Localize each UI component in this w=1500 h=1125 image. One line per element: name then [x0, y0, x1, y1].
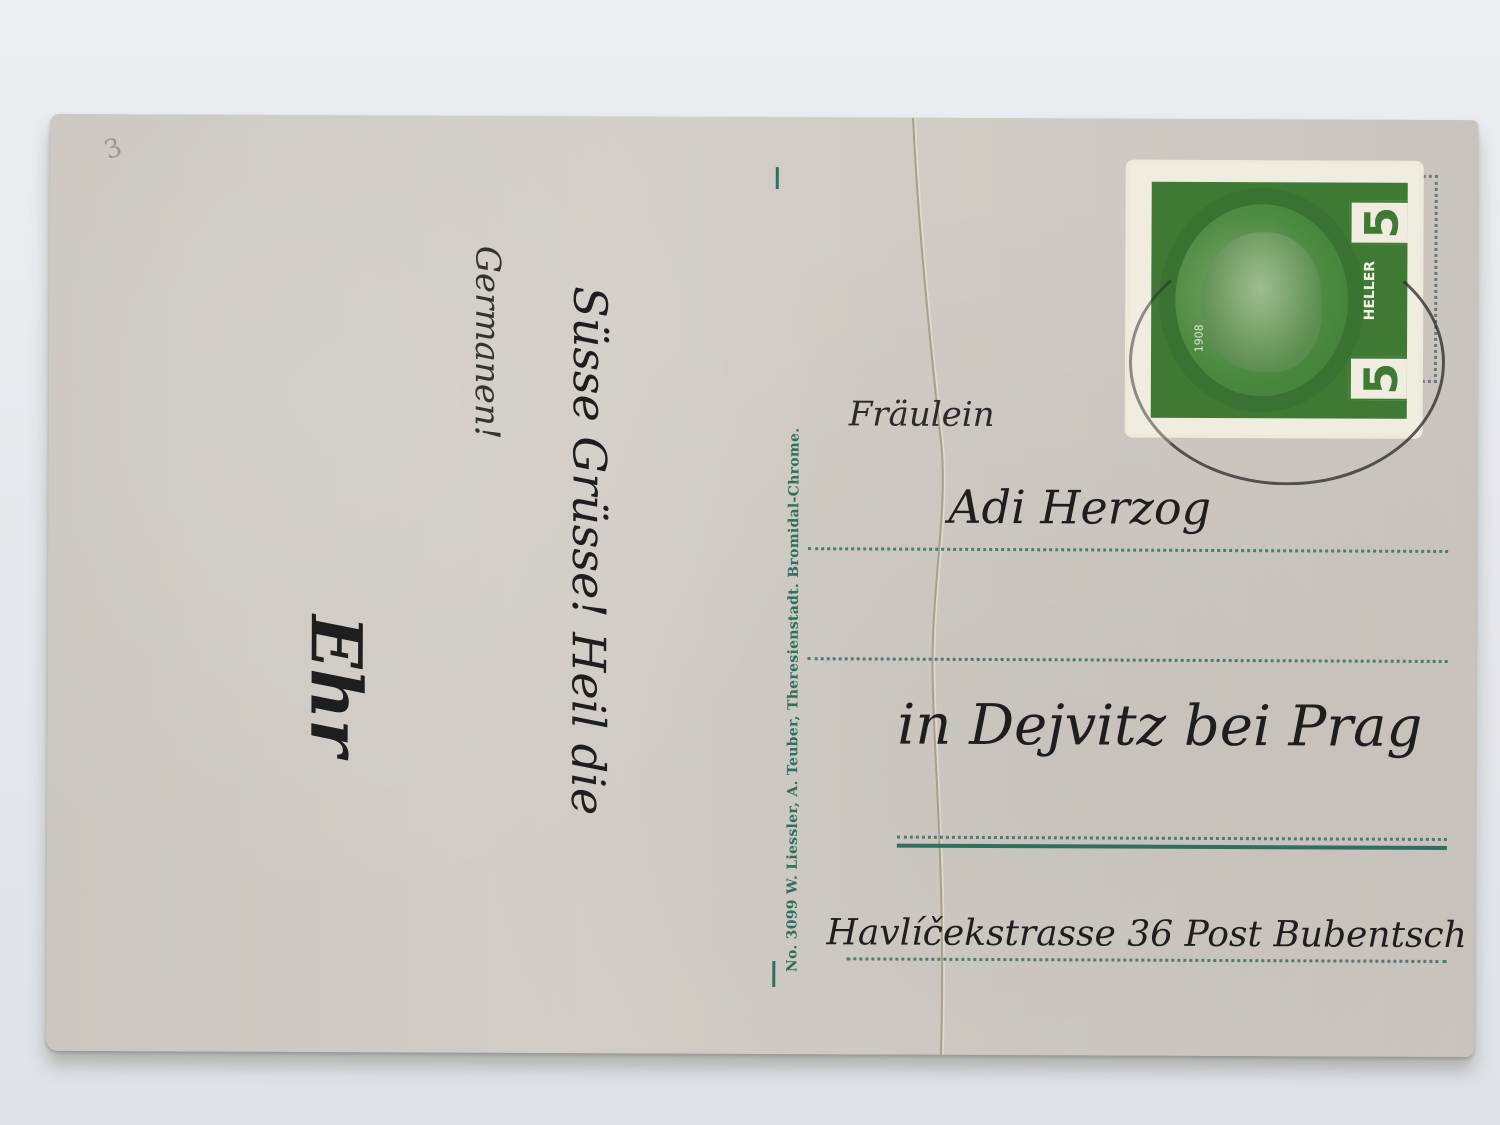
stamp-value-top: 5: [1349, 201, 1407, 245]
address-city: in Dejvitz bei Prag: [897, 693, 1422, 760]
message-line-3: Germanen!: [467, 246, 508, 440]
postcard: 3 Süsse Grüsse! Heil die Germanen! Ehr N…: [46, 114, 1478, 1057]
address-street: Havlíčekstrasse 36 Post Bubentsch: [826, 912, 1467, 956]
signature: Ehr: [294, 615, 378, 757]
pencil-mark: 3: [100, 132, 126, 166]
publisher-imprint: No. 3099 W. Liessler, A. Teuber, Theresi…: [784, 428, 802, 973]
address-line-3-underline: [897, 844, 1447, 850]
address-name: Adi Herzog: [948, 480, 1211, 535]
address-salutation: Fräulein: [849, 394, 995, 435]
address-line-3: [897, 836, 1447, 841]
stamp-year: 1908: [1193, 324, 1206, 352]
stamp-unit: HELLER: [1361, 261, 1377, 321]
stamp-design: 1908 5 HELLER 5: [1151, 182, 1408, 419]
divider-bar-top: [776, 167, 779, 189]
stamp-value-bottom: 5: [1349, 357, 1408, 401]
portrait-icon: [1201, 232, 1322, 373]
divider-bar-bottom: [772, 961, 775, 987]
postage-stamp: 1908 5 HELLER 5: [1129, 164, 1420, 435]
center-divider: [772, 167, 779, 987]
message-line-1: Süsse Grüsse! Heil die: [561, 286, 617, 815]
